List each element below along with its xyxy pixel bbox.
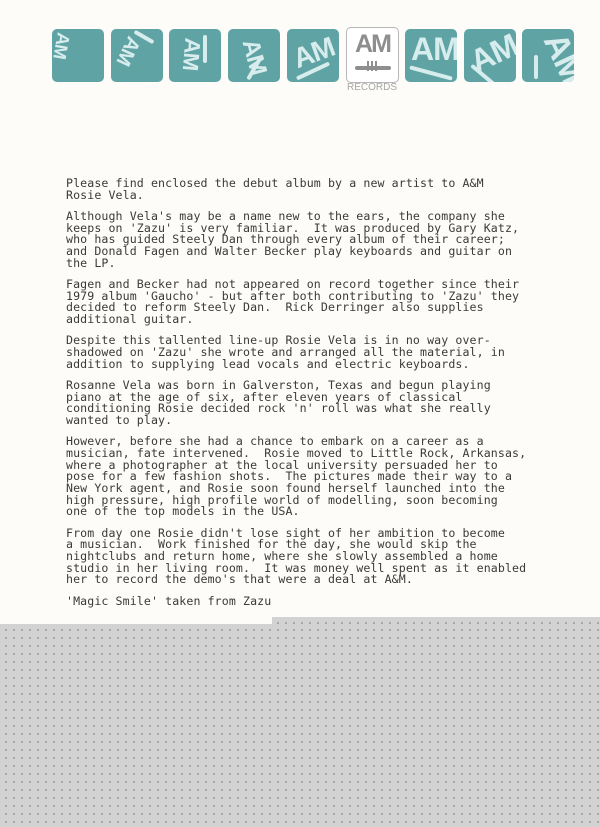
paragraph-single-truncated: 'Magic Smile' taken from Zazu — [66, 596, 556, 608]
paragraph-lineup: Despite this tallented line-up Rosie Vel… — [66, 335, 556, 370]
am-logo-tile-7: AM — [405, 29, 457, 82]
letter-body: Please find enclosed the debut album by … — [66, 178, 556, 617]
trumpet-icon — [534, 55, 538, 79]
paragraph-ambition: From day one Rosie didn't lose sight of … — [66, 528, 556, 587]
am-logo-tile-2: AM — [111, 29, 163, 82]
am-logo-tile-5: AM — [287, 29, 339, 82]
paragraph-steely-dan: Fagen and Becker had not appeared on rec… — [66, 279, 556, 326]
trumpet-icon — [203, 35, 207, 63]
paragraph-intro: Please find enclosed the debut album by … — [66, 178, 556, 201]
am-logo-glyph: AM — [535, 29, 574, 82]
am-logo-tile-4: AM — [228, 29, 280, 82]
paragraph-producer: Although Vela's may be a name new to the… — [66, 211, 556, 270]
letterhead: AM AM AM AM AM AM RECORDS AM AM AM — [0, 0, 600, 100]
am-logo-glyph: AM — [464, 29, 516, 80]
am-logo-glyph: AM — [111, 32, 144, 68]
redaction-overlay — [0, 624, 600, 827]
records-label: RECORDS — [342, 82, 402, 93]
am-logo-tile-9: AM — [522, 29, 574, 82]
am-logo-glyph: AM — [347, 30, 398, 59]
paragraph-biography: Rosanne Vela was born in Galverston, Tex… — [66, 380, 556, 427]
am-logo-tile-8: AM — [464, 29, 516, 82]
trumpet-icon — [355, 66, 391, 70]
am-records-logo: AM — [346, 27, 399, 83]
am-logo-glyph: AM — [411, 31, 457, 68]
am-logo-glyph: AM — [177, 37, 206, 71]
am-logo-tile-3: AM — [169, 29, 221, 82]
paragraph-modelling: However, before she had a chance to emba… — [66, 436, 556, 518]
am-logo-tile-1: AM — [52, 29, 104, 82]
am-logo-glyph: AM — [52, 31, 74, 60]
